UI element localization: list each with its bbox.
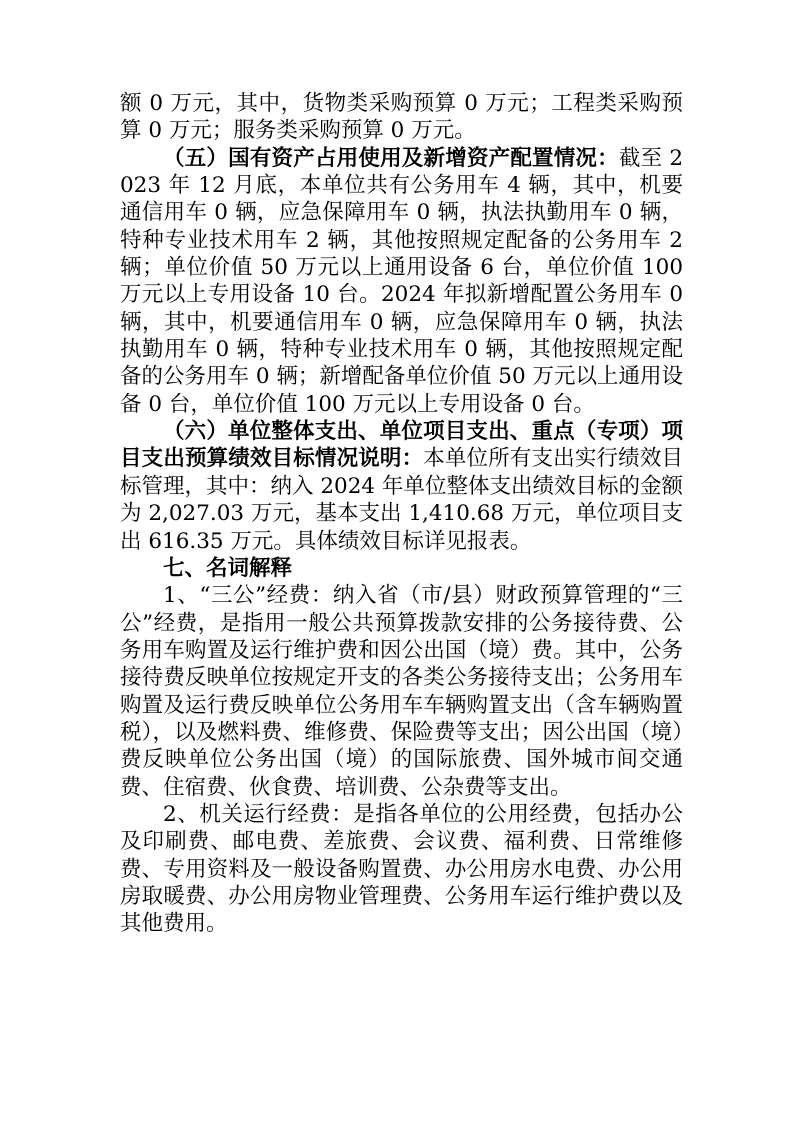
- paragraph-section-5-state-assets: （五）国有资产占用使用及新增资产配置情况：截至 2023 年 12 月底，本单位…: [120, 145, 683, 418]
- section-7-heading: 七、名词解释: [120, 555, 683, 582]
- paragraph-term-1-three-public-funds: 1、“三公”经费：纳入省（市/县）财政预算管理的“三公”经费，是指用一般公共预算…: [120, 582, 683, 801]
- paragraph-section-6-performance-goals: （六）单位整体支出、单位项目支出、重点（专项）项目支出预算绩效目标情况说明：本单…: [120, 418, 683, 555]
- document-content: 额 0 万元，其中，货物类采购预算 0 万元；工程类采购预算 0 万元；服务类采…: [120, 90, 683, 938]
- paragraph-term-2-agency-operating-funds: 2、机关运行经费：是指各单位的公用经费，包括办公及印刷费、邮电费、差旅费、会议费…: [120, 801, 683, 938]
- section-5-body-text: 截至 2023 年 12 月底，本单位共有公务用车 4 辆，其中，机要通信用车 …: [120, 146, 683, 417]
- document-page: 额 0 万元，其中，货物类采购预算 0 万元；工程类采购预算 0 万元；服务类采…: [0, 0, 793, 1122]
- paragraph-procurement-continuation: 额 0 万元，其中，货物类采购预算 0 万元；工程类采购预算 0 万元；服务类采…: [120, 90, 683, 145]
- section-5-heading: （五）国有资产占用使用及新增资产配置情况：: [163, 146, 619, 171]
